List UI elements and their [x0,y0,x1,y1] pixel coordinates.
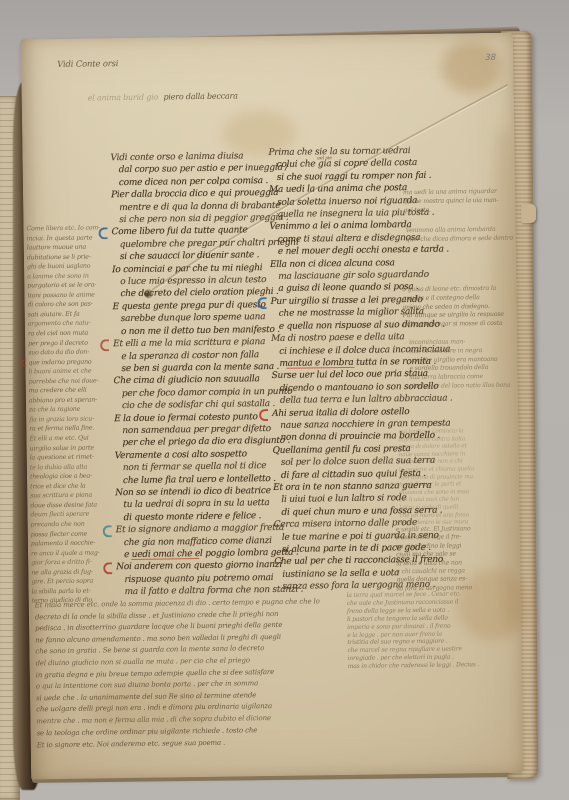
gloss-line: indirecto pregar si mosse di costa [403,320,513,330]
gloss-line: quel che dicea dimora e sede dentro [406,234,514,244]
line-text: o qui la intentione con sua diuina bonta… [36,679,258,690]
line-text: inciai. In questa parte [27,234,93,242]
line-text: lauttore muoue una [27,244,86,252]
line-text: come ti staui altera e disdegnosa [278,233,421,245]
paraph-initial [103,563,112,575]
line-text: dubitatione se li prie- [27,253,91,261]
line-text: Vidi conte orso e lanima diuisa [110,151,243,163]
line-text: dal corpo suo per astio e per inueggia / [119,163,288,175]
line-text: li buoni anime et che [28,368,91,376]
line-text: abbiano pro et speran- [29,396,97,404]
line-text: Ella non ci dicea alcuna cosa [270,258,395,270]
line-text: purgatorio et se le ora- [27,282,96,290]
line-text: sarebbe dunque loro speme uana [121,312,266,324]
line-text: la questione et rimet- [30,454,94,462]
line-text: sola soletta inuerso noi riguarda [277,196,417,208]
line-text: doue disse desine fata [30,501,97,509]
line-text: fia in grazia loro sicu- [29,415,94,423]
line-text: mo credere che elli [29,387,87,395]
running-title: Vidi Conte orsi [57,59,118,70]
line-text: palamento il nocchie- [31,540,95,548]
paraph-initial [21,359,26,366]
line-text: ghi de buoni uaglano [27,263,90,271]
line-text: e la speranza di costor non falla [121,350,259,362]
line-text: a lanime che sono in [27,272,89,280]
line-text: si uede che . la unanimamente del suo Re… [36,691,256,702]
line-text: che decreto del cielo oration pieghi . [120,287,278,299]
paraph-initial [103,525,112,537]
line-text: Surse uer lui del loco oue pria staua [272,369,428,381]
line-text: theologia cioe a bea- [30,473,92,481]
gloss-line: che lamor del loco natio illos bona [410,382,514,392]
line-text: Noi anderem con questo giorno inanzi [116,560,282,572]
line-text: e uedi omai che el poggio lombra getta . [124,548,298,560]
line-text: o non me il detto tuo ben manifesto . [121,325,280,337]
bottom-commentary-left: Et mala merce etc. onde la somma piacenz… [35,596,359,752]
line-text: E la doue io fermai cotesto punto [114,412,258,424]
line-text: Et io signore andiamo a maggior fretta [116,523,284,535]
line-text: Et elli a me la mia scrittura e piana [113,337,265,349]
line-text: Ma uedi la una anima che posta [269,183,407,195]
line-text: tioni possano le anime [27,291,94,299]
line-text: Veramente a cosi alto sospetto [115,449,247,461]
line-text: Come libero etc. Io com- [26,224,100,232]
line-text: Pier dalla broccia dico e qui proueggia [111,188,278,200]
line-text: argomento che natu- [28,320,91,328]
line-text: iustiniano se la sella e uota [282,568,399,580]
header-annotation-faded: el anima burid gio [88,93,159,103]
line-text: Ma di nostro paese e della uita [271,332,405,344]
right-margin-gloss-block: a guisa di leone etc. dimostra lagrauita… [402,285,513,331]
line-text: ra et ferma nella fine. [29,425,94,433]
line-text: che sono in gratia . Se bene si guarda c… [35,645,264,656]
gloss-line: qui tosta. [403,205,509,215]
line-text: non samendaua per pregar difetto [122,424,271,436]
line-text: za che la ragione [29,406,80,414]
line-text: ne fanno alcuno amendamento . ma sono be… [35,633,281,644]
line-text: per che foco damor compia in un punto [122,386,293,398]
line-text: non ti fermar se quella nol ti dice [123,461,267,473]
header-annotation-line: el anima burid gio piero dalla beccara [88,91,238,102]
right-margin-gloss-block: e uestili etc. El Justinianotrasse della… [396,525,511,594]
line-text: ne alla grazia di fug- [31,568,92,576]
line-text: che gia non maffatico come dianzi [124,536,272,548]
left-margin-commentary: Come libero etc. Io com-inciai. In quest… [26,223,115,606]
line-text: li uiui tuoi e lun laltro si rode [281,494,406,506]
line-text: colui che gia si copre della costa [277,158,418,170]
line-text: di questo monte ridere e felice . [123,511,261,523]
poem-column-1: Vidi conte orso e lanima diuisadal corpo… [110,150,278,599]
bottom-commentary-right: la terra qual marcel se fece . Cesar etc… [347,590,518,671]
line-text: mentre e di qua la donna di brabante [119,200,280,212]
line-text: se ben si guarda con la mente sana . [121,362,279,374]
line-text: ra del ciel non muta [28,330,88,338]
paraph-initial [257,297,266,309]
line-text: Ahi serua italia di dolore ostello [272,407,409,419]
line-text: si che sauacci lor diuenir sante . [120,250,259,262]
line-text: e nel mouer degli occhi onesta e tarda . [278,245,449,257]
line-text: te lo dubio alla alta [30,463,87,471]
line-text: in gratia degna e piu breue tempo adempi… [36,668,274,679]
line-text: Non so se intendi io dico di beatrice [115,486,271,498]
line-text: mentre che . ma non e ferma alla mia . d… [36,714,271,725]
line-text: deum flecti sperare [30,511,89,519]
line-text: trice et dice che la [30,482,86,490]
paraph-initial [259,409,268,421]
line-text: si che pero non sia di peggior greggia . [119,213,288,225]
line-text: della tua terra e lun laltro abbracciaua… [280,394,453,406]
line-text: precando che non [31,521,85,529]
line-text: a guisa di leone quando si posa . [278,282,419,294]
parchment-stain [441,41,502,94]
line-text: sati aiutare. Et fa [28,311,80,319]
paraph-initial [98,228,107,240]
interlinear-gloss: uel sie [317,154,332,167]
line-text: Quellanima gentil fu cosi presta [273,444,411,456]
line-text: del diuino giudicio non si aualla ne mut… [36,656,250,667]
line-text: Come libero fui da tutte quante [111,226,247,238]
line-text: per prego il decreto [28,339,88,347]
line-text: cio che de sodisfar chi qui sastalla . [122,399,275,411]
line-text: sua scrittura e piana [30,492,92,500]
manuscript-page: Vidi Conte orsi el anima burid gio piero… [21,33,523,780]
line-text: Io cominciai e par che tu mi nieghi [112,263,262,275]
line-text: Prima che sie la su tornar uedrai [268,146,410,158]
line-text: Et io signore etc. Noi anderemo etc. seg… [37,739,226,750]
line-text: ma lasciauane gir solo sguardando [278,270,429,282]
right-margin-gloss-block: qui lauttore comincia ladigressione cont… [398,428,513,528]
line-text: tu la uedrai di sopra in su la uetta [123,498,269,510]
line-text: decreto di la onde la sibilla disse . et… [35,610,279,621]
line-text: rispuose quanto piu potremo omai [124,573,273,585]
line-text: che uolgare delli pregi non era . indi e… [36,702,272,713]
photo-background: Vidi Conte orsi el anima burid gio piero… [0,0,569,800]
right-margin-gloss-block: incominciaua man-tua. et uela dire in ne… [409,338,514,392]
line-text: E questa gente prega pur di questo [113,300,266,312]
line-text: si che suoi raggi tu romper non fai . [277,171,432,183]
right-margin-gloss-block: ma uedi la una anima riguardarqui ne mos… [403,188,509,216]
line-text: la sibilla parla lo et- [32,587,91,595]
line-text: che lume fia tral uero e lontelletto . [123,474,276,486]
line-text: o luce mia espresso in alcun testo [120,275,266,287]
line-text: Pur uirgilio si trasse a lei pregando [270,295,422,307]
line-text: come dicea non per colpa comisa . [119,176,268,188]
line-text: di coloro che son pas- [28,301,93,309]
commentary-line: mas in chidor che raderessi le leggi . D… [348,661,518,671]
line-text: uirgilio solue in parte [30,444,94,452]
line-text: e la legge . per non auer freno la [347,630,442,638]
line-text: se la teologa che ordine ordinar piu uig… [36,726,257,737]
folio-number: 38 [485,53,496,63]
line-text: mas in chidor che raderessi le leggi . D… [348,661,480,670]
line-text: re anco il quale a mag- [31,549,100,557]
line-text: gior forza e dritto fi- [31,559,92,567]
line-text: Che cima di giudicio non sauualla [114,374,260,386]
fore-edge-tab [521,204,536,223]
line-text: parrebbe che noi doue- [29,377,99,385]
line-text: gire. Et percio sopra [31,578,93,586]
header-annotation: piero dalla beccara [163,91,237,101]
right-margin-gloss-block: Venimmo alla anima lombardaquel che dice… [406,226,514,245]
line-text: suo dato da dio don- [28,349,89,357]
line-text: possa flecter come [31,530,87,538]
line-text: Et elli a me etc. Qui [29,435,88,443]
line-text: que indarno pregano [28,358,91,366]
line-text: Venimmo a lei o anima lombarda [269,220,411,232]
paraph-initial [100,339,109,351]
line-text: per che el priego da dio era disgiunto . [122,436,290,448]
line-text: pedisca . in disotterrino guardare lacqu… [35,621,282,632]
